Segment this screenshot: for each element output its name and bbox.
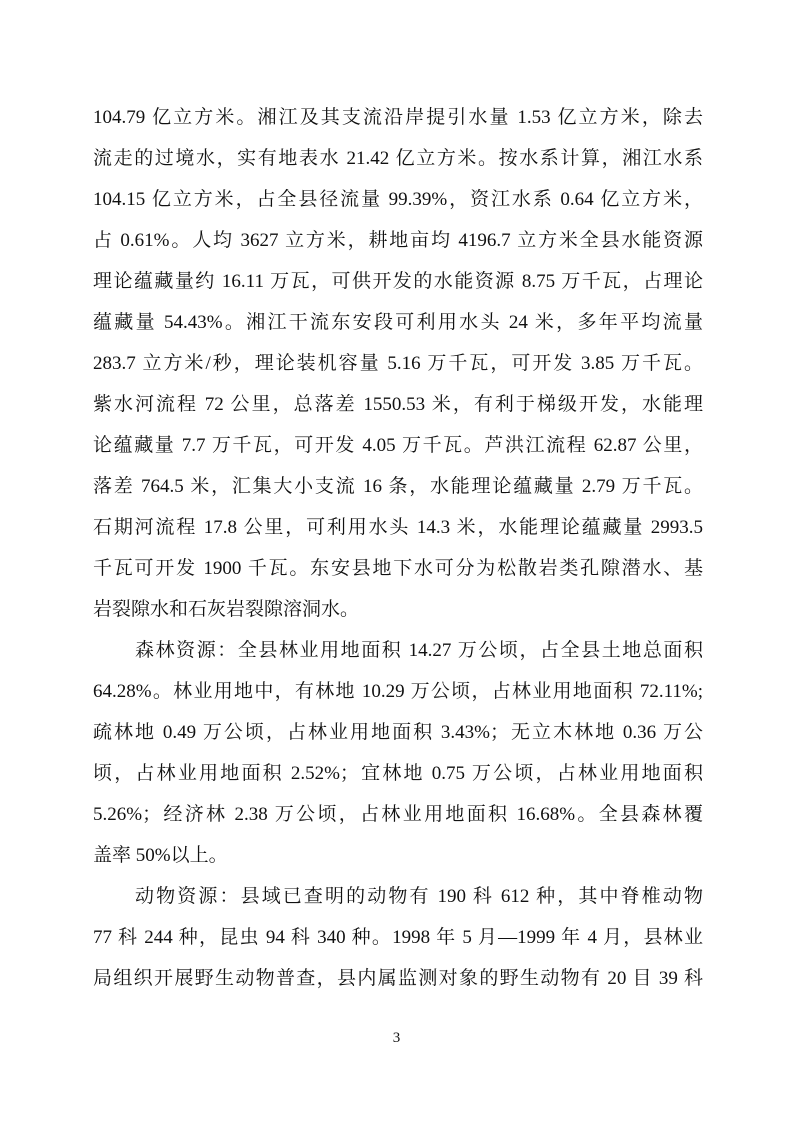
text-line: 104.15 亿立方米，占全县径流量 99.39%，资江水系 0.64 亿立方米… — [93, 179, 703, 220]
text-line: 局组织开展野生动物普查，县内属监测对象的野生动物有 20 目 39 科 — [93, 958, 703, 999]
text-line: 104.79 亿立方米。湘江及其支流沿岸提引水量 1.53 亿立方米，除去 — [93, 97, 703, 138]
page-number: 3 — [0, 1028, 793, 1048]
text-line: 千瓦可开发 1900 千瓦。东安县地下水可分为松散岩类孔隙潜水、基 — [93, 548, 703, 589]
text-line: 动物资源：县域已查明的动物有 190 科 612 种，其中脊椎动物 — [93, 876, 703, 917]
text-line: 森林资源：全县林业用地面积 14.27 万公顷，占全县土地总面积 — [93, 630, 703, 671]
document-body: 104.79 亿立方米。湘江及其支流沿岸提引水量 1.53 亿立方米，除去流走的… — [93, 97, 703, 999]
text-line: 64.28%。林业用地中，有林地 10.29 万公顷，占林业用地面积 72.11… — [93, 671, 703, 712]
text-line: 岩裂隙水和石灰岩裂隙溶洞水。 — [93, 589, 703, 630]
text-line: 占 0.61%。人均 3627 立方米，耕地亩均 4196.7 立方米全县水能资… — [93, 220, 703, 261]
text-line: 石期河流程 17.8 公里，可利用水头 14.3 米，水能理论蕴藏量 2993.… — [93, 507, 703, 548]
text-line: 5.26%；经济林 2.38 万公顷，占林业用地面积 16.68%。全县森林覆 — [93, 794, 703, 835]
text-line: 流走的过境水，实有地表水 21.42 亿立方米。按水系计算，湘江水系 — [93, 138, 703, 179]
text-line: 283.7 立方米/秒，理论装机容量 5.16 万千瓦，可开发 3.85 万千瓦… — [93, 343, 703, 384]
text-line: 顷，占林业用地面积 2.52%；宜林地 0.75 万公顷，占林业用地面积 — [93, 753, 703, 794]
text-line: 77 科 244 种，昆虫 94 科 340 种。1998 年 5 月—1999… — [93, 917, 703, 958]
document-page: 104.79 亿立方米。湘江及其支流沿岸提引水量 1.53 亿立方米，除去流走的… — [0, 0, 793, 1122]
text-line: 紫水河流程 72 公里，总落差 1550.53 米，有利于梯级开发，水能理 — [93, 384, 703, 425]
text-line: 理论蕴藏量约 16.11 万瓦，可供开发的水能资源 8.75 万千瓦，占理论 — [93, 261, 703, 302]
text-line: 盖率 50%以上。 — [93, 835, 703, 876]
text-line: 疏林地 0.49 万公顷，占林业用地面积 3.43%；无立木林地 0.36 万公 — [93, 712, 703, 753]
text-line: 论蕴藏量 7.7 万千瓦，可开发 4.05 万千瓦。芦洪江流程 62.87 公里… — [93, 425, 703, 466]
text-line: 蕴藏量 54.43%。湘江干流东安段可利用水头 24 米，多年平均流量 — [93, 302, 703, 343]
text-line: 落差 764.5 米，汇集大小支流 16 条，水能理论蕴藏量 2.79 万千瓦。 — [93, 466, 703, 507]
